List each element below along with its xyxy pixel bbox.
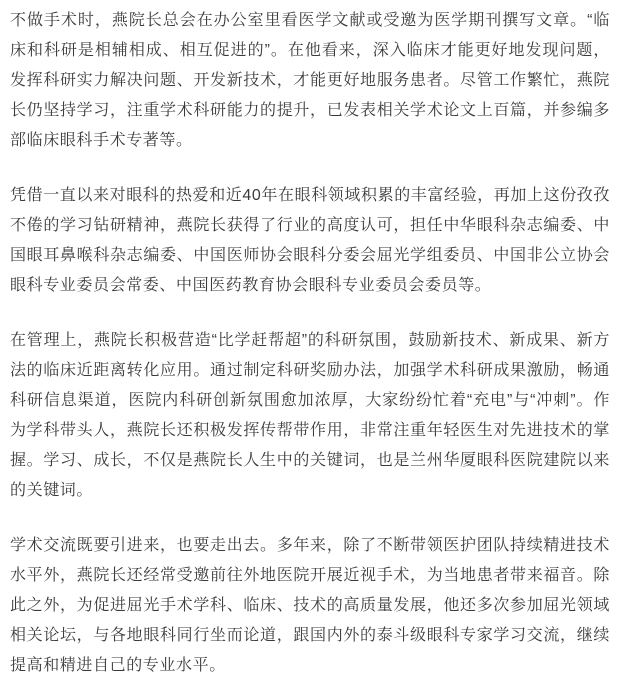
paragraph-academic-exchange: 学术交流既要引进来，也要走出去。多年来，除了不断带领医护团队持续精进技术水平外，…	[10, 531, 610, 675]
article-body: 不做手术时，燕院长总会在办公室里看医学文献或受邀为医学期刊撰写文章。“临床和科研…	[0, 0, 620, 675]
paragraph-clinical-research: 不做手术时，燕院长总会在办公室里看医学文献或受邀为医学期刊撰写文章。“临床和科研…	[10, 6, 610, 156]
paragraph-industry-recognition: 凭借一直以来对眼科的热爱和近40年在眼科领域积累的丰富经验，再加上这份孜孜不倦的…	[10, 181, 610, 301]
paragraph-management: 在管理上，燕院长积极营造“比学赶帮超”的科研氛围，鼓励新技术、新成果、新方法的临…	[10, 326, 610, 506]
